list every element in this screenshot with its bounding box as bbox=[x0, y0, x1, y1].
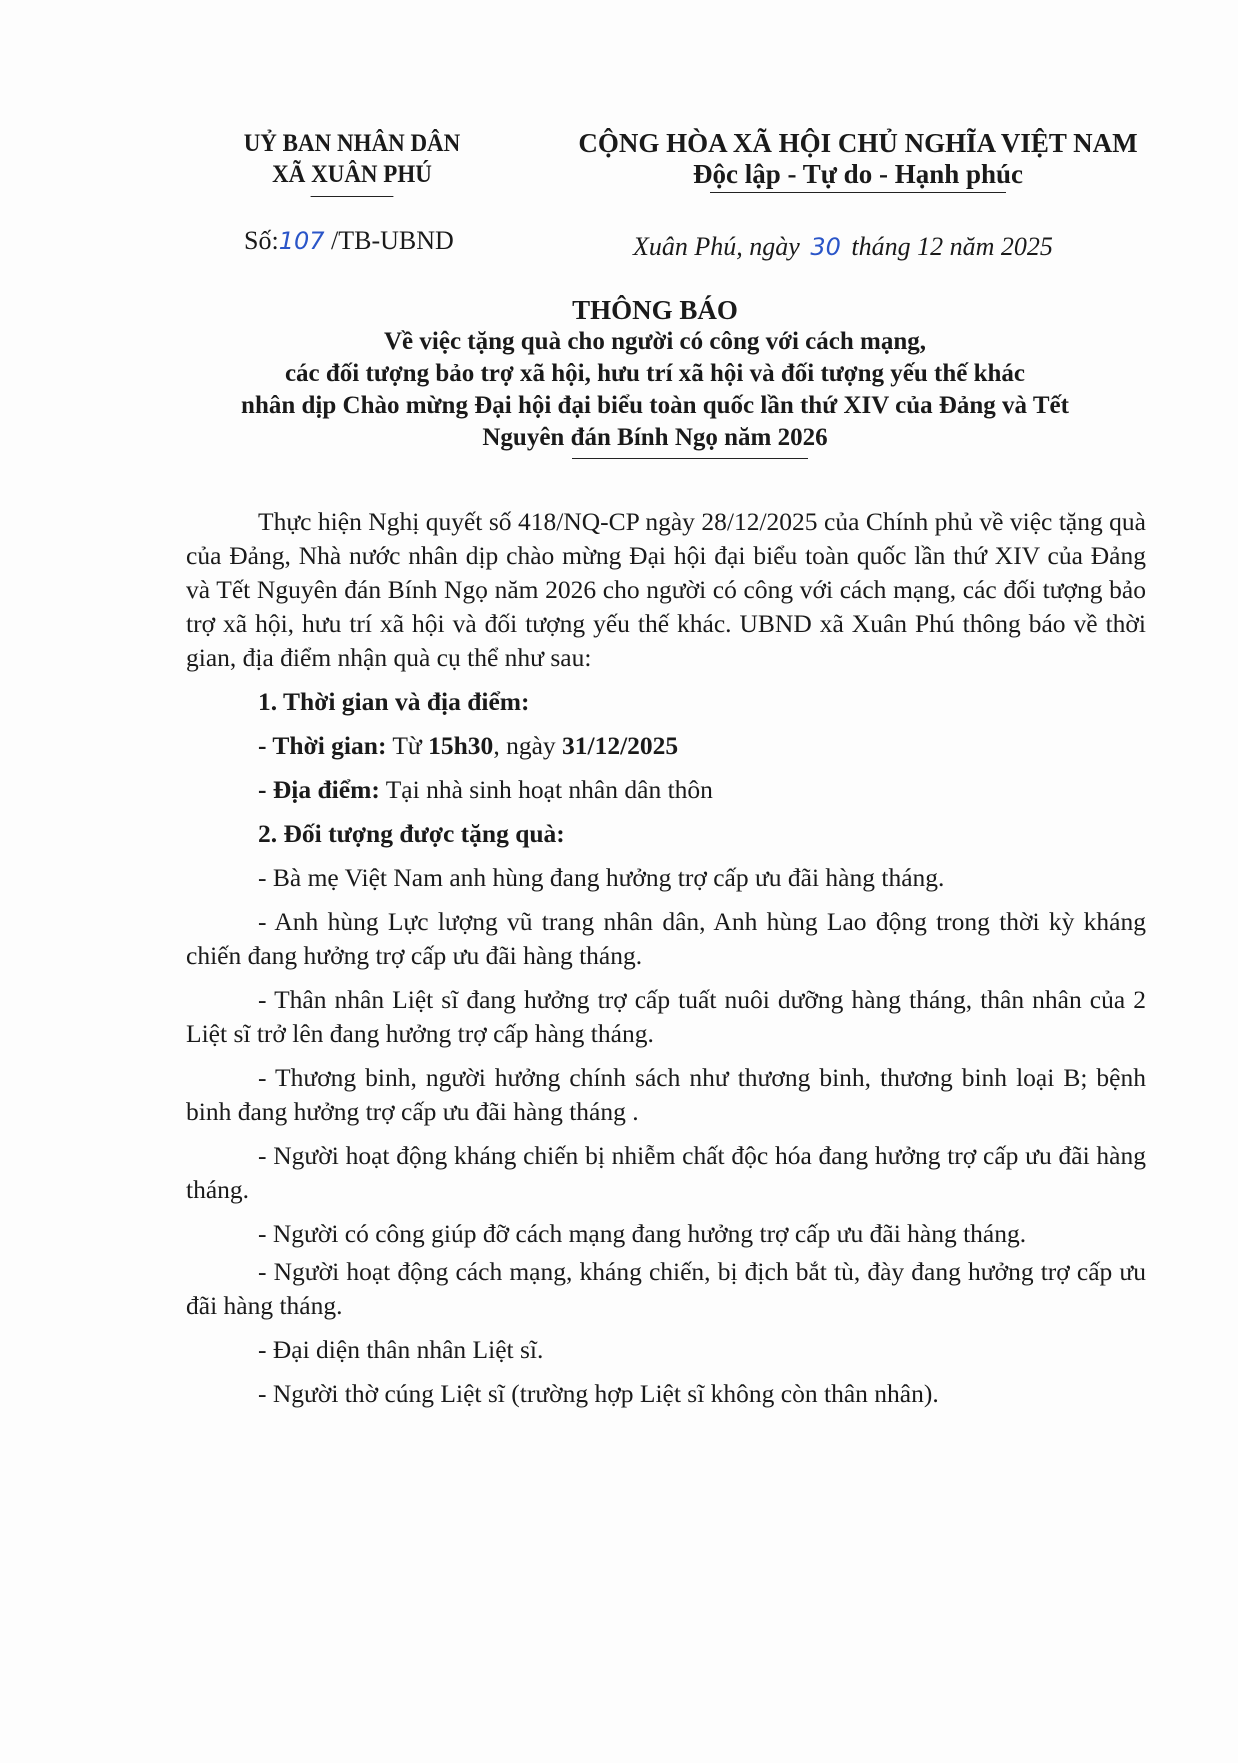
section-1-heading: 1. Thời gian và địa điểm: bbox=[186, 685, 1146, 719]
recipient-item: - Thương binh, người hưởng chính sách nh… bbox=[186, 1061, 1146, 1129]
motto-underline bbox=[710, 192, 1006, 193]
agency-underline bbox=[311, 196, 394, 197]
doc-number-suffix: /TB-UBND bbox=[331, 226, 454, 255]
section-2-heading: 2. Đối tượng được tặng quà: bbox=[186, 817, 1146, 851]
document-number: Số:107 /TB-UBND bbox=[244, 226, 454, 256]
time-label: - Thời gian: bbox=[258, 731, 386, 760]
title-subline: Nguyên đán Bính Ngọ năm 2026 bbox=[482, 424, 827, 451]
date-prefix: Xuân Phú, ngày bbox=[633, 232, 800, 261]
title-subline: Về việc tặng quà cho người có công với c… bbox=[150, 326, 1160, 358]
date-month-year: tháng 12 năm 2025 bbox=[851, 232, 1053, 261]
recipient-item: - Người hoạt động cách mạng, kháng chiến… bbox=[186, 1255, 1146, 1323]
doc-number-prefix: Số: bbox=[244, 226, 279, 255]
title-subline-last: Nguyên đán Bính Ngọ năm 2026 bbox=[482, 422, 827, 454]
notice-title: THÔNG BÁO Về việc tặng quà cho người có … bbox=[150, 294, 1160, 454]
recipient-item: - Người thờ cúng Liệt sĩ (trường hợp Liệ… bbox=[186, 1377, 1146, 1411]
recipient-item: - Đại diện thân nhân Liệt sĩ. bbox=[186, 1333, 1146, 1367]
agency-line-2: XÃ XUÂN PHÚ bbox=[214, 159, 490, 190]
date-line: Xuân Phú, ngày 30 tháng 12 năm 2025 bbox=[633, 232, 1053, 262]
title-underline bbox=[572, 458, 807, 459]
title-subline: các đối tượng bảo trợ xã hội, hưu trí xã… bbox=[150, 358, 1160, 390]
agency-line-1: UỶ BAN NHÂN DÂN bbox=[214, 128, 490, 159]
doc-number-handwritten: 107 bbox=[279, 227, 325, 255]
document-page: UỶ BAN NHÂN DÂN XÃ XUÂN PHÚ CỘNG HÒA XÃ … bbox=[0, 0, 1238, 1763]
time-date: 31/12/2025 bbox=[562, 731, 678, 760]
national-header: CỘNG HÒA XÃ HỘI CHỦ NGHĨA VIỆT NAM Độc l… bbox=[548, 128, 1168, 193]
national-motto: Độc lập - Tự do - Hạnh phúc bbox=[693, 159, 1023, 190]
title-main: THÔNG BÁO bbox=[150, 294, 1160, 326]
place-label: - Địa điểm: bbox=[258, 775, 380, 804]
recipient-item: - Anh hùng Lực lượng vũ trang nhân dân, … bbox=[186, 905, 1146, 973]
date-day-handwritten: 30 bbox=[806, 233, 845, 261]
recipient-item: - Người có công giúp đỡ cách mạng đang h… bbox=[186, 1217, 1146, 1251]
title-subline: nhân dịp Chào mừng Đại hội đại biểu toàn… bbox=[150, 390, 1160, 422]
time-line: - Thời gian: Từ 15h30, ngày 31/12/2025 bbox=[186, 729, 1146, 763]
place-value: Tại nhà sinh hoạt nhân dân thôn bbox=[380, 775, 713, 804]
time-value: 15h30 bbox=[428, 731, 493, 760]
issuing-agency: UỶ BAN NHÂN DÂN XÃ XUÂN PHÚ bbox=[214, 128, 490, 197]
time-from: Từ bbox=[386, 731, 428, 760]
recipient-item: - Bà mẹ Việt Nam anh hùng đang hưởng trợ… bbox=[186, 861, 1146, 895]
nation-name: CỘNG HÒA XÃ HỘI CHỦ NGHĨA VIỆT NAM bbox=[548, 128, 1168, 159]
notice-body: Thực hiện Nghị quyết số 418/NQ-CP ngày 2… bbox=[186, 505, 1146, 1411]
recipient-item: - Thân nhân Liệt sĩ đang hưởng trợ cấp t… bbox=[186, 983, 1146, 1051]
place-line: - Địa điểm: Tại nhà sinh hoạt nhân dân t… bbox=[186, 773, 1146, 807]
intro-paragraph: Thực hiện Nghị quyết số 418/NQ-CP ngày 2… bbox=[186, 505, 1146, 675]
recipient-item: - Người hoạt động kháng chiến bị nhiễm c… bbox=[186, 1139, 1146, 1207]
time-mid: , ngày bbox=[493, 731, 562, 760]
